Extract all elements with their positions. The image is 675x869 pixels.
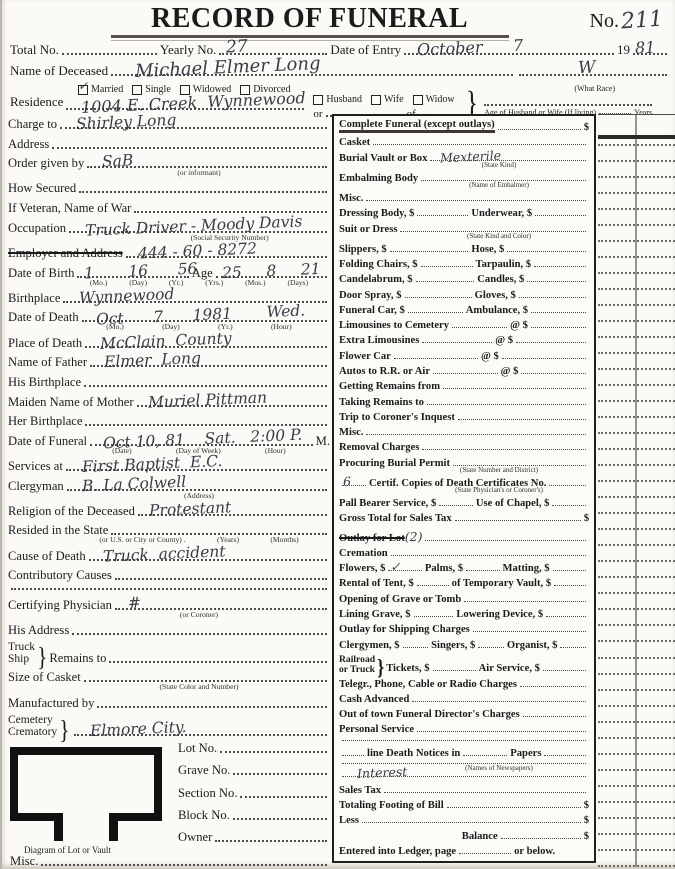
dotted-line: Oct 10, 81 Sat. 2:00 P.: [90, 444, 313, 446]
field-label: Contributory Causes: [8, 568, 112, 583]
form-row: CemeteryCrematory}Elmore City.: [8, 715, 330, 738]
field-label: Outlay for Shipping Charges: [339, 624, 470, 635]
form-row: Limousines to Cemetery@ $: [339, 320, 589, 331]
field-label: Tarpaulin, $: [476, 259, 532, 270]
field-label: or below.: [514, 846, 555, 857]
dotted-line: [507, 251, 586, 252]
sub-label: (Name of Embalmer): [469, 182, 529, 189]
dotted-line: [544, 755, 586, 756]
sub-label: (Days): [287, 279, 308, 287]
residence-field: 1004 E. Creek Wynnewood: [66, 108, 304, 110]
form-row: Outlay for Shipping Charges: [339, 624, 589, 635]
handwritten-value: Elmer Long: [104, 349, 202, 371]
dotted-line: [403, 647, 429, 648]
field-label: Resided in the State: [8, 523, 108, 538]
form-row: Railroador Truck}Tickets, $Air Service, …: [339, 655, 589, 675]
dotted-line: 25 8 21: [216, 276, 327, 278]
checkbox-box: [313, 95, 323, 105]
form-row: Telegr., Phone, Cable or Radio Charges: [339, 679, 589, 690]
lot-field-row: Owner: [178, 830, 330, 845]
dotted-line: [534, 266, 586, 267]
brace-glyph: }: [37, 647, 47, 668]
field-label: Rental of Tent, $: [339, 578, 414, 589]
dotted-line: [473, 631, 586, 632]
brace-glyph: }: [59, 719, 69, 740]
dotted-line: [433, 373, 498, 374]
form-row: Maiden Name of MotherMuriel Pittman: [8, 395, 330, 410]
field-label: Underwear, $: [471, 208, 532, 219]
field-label: Embalming Body: [339, 173, 418, 184]
handwritten-value: Muriel Pittman: [148, 388, 268, 411]
handwritten-value: Mexterile: [439, 147, 501, 165]
form-row: Door Spray, $Gloves, $: [339, 290, 589, 301]
sub-label: (or informant): [177, 169, 220, 177]
lot-field-row: Grave No.: [178, 763, 330, 778]
dotted-line: [422, 449, 586, 450]
field-label: Matting, $: [503, 563, 550, 574]
sub-label: (State Kind and Color): [467, 233, 531, 240]
field-label: Clergymen, $: [339, 640, 400, 651]
dotted-line: [362, 822, 581, 823]
dotted-line: [520, 686, 586, 687]
field-label: Block No.: [178, 808, 230, 823]
date-of-entry-label: Date of Entry: [330, 42, 401, 58]
field-label: $: [584, 831, 589, 842]
sub-label: (State Number and District): [460, 467, 538, 474]
handwritten-value: 6: [343, 474, 352, 489]
form-row: Suit or Dress(State Kind and Color): [339, 224, 589, 240]
form-row: Gross Total for Sales Tax$: [339, 513, 589, 524]
dotted-line: [412, 701, 586, 702]
field-label: $: [584, 513, 589, 524]
date-of-entry-field: October 7: [404, 53, 614, 55]
field-label: Casket: [339, 137, 370, 148]
form-row: Embalming Body(Name of Embalmer): [339, 173, 589, 189]
dotted-line: Oct 7 1981 Wed.: [82, 320, 327, 322]
field-label: Palms, $: [425, 563, 463, 574]
field-label: Less: [339, 815, 359, 826]
ledger-header: [598, 114, 675, 139]
field-label: Funeral Car, $: [339, 305, 405, 316]
dotted-line: [527, 281, 586, 282]
field-label: Misc.: [339, 193, 363, 204]
dotted-line: #: [115, 608, 327, 610]
handwritten-value: McClain County: [99, 329, 231, 353]
ledger-body: [598, 139, 675, 867]
dotted-line: 1 16 56: [77, 276, 188, 278]
name-of-deceased-label: Name of Deceased: [10, 63, 108, 79]
misc-field: [41, 864, 327, 866]
sub-label: (or Coroner): [180, 611, 218, 619]
dotted-line: [233, 773, 327, 775]
dotted-line: [464, 601, 586, 602]
dotted-line: [455, 520, 581, 521]
sub-label: (Hour): [271, 323, 292, 331]
dotted-line: [220, 751, 327, 753]
form-row: [8, 588, 330, 593]
dotted-line: [400, 231, 586, 232]
field-label: Organist, $: [507, 640, 558, 651]
form-row: Burial Vault or BoxMexterile(State Kind): [339, 153, 589, 169]
field-label: $: [584, 800, 589, 811]
form-row: Opening of Grave or Tomb: [339, 594, 589, 605]
form-row: Rental of Tent, $of Temporary Vault, $: [339, 578, 589, 589]
form-row: Dressing Body, $Underwear, $: [339, 208, 589, 219]
record-number: No. 211: [590, 8, 663, 33]
field-label: Remains to: [49, 651, 106, 666]
sub-label: (or U.S. or City or County) .: [99, 536, 185, 544]
field-label: Clergyman: [8, 479, 64, 494]
ledger-divider: [635, 115, 637, 135]
handwritten-value: Protestant: [149, 498, 232, 520]
field-label: Owner: [178, 830, 212, 845]
funeral-record-form: RECORD OF FUNERAL No. 211 Total No. Year…: [0, 0, 675, 869]
sub-label: (State Physician's or Coroner's): [455, 487, 543, 494]
dotted-line: [11, 588, 327, 590]
race-value: W: [578, 58, 596, 79]
dotted-line: ✓: [388, 570, 421, 571]
checkbox-husband: Husband: [313, 94, 362, 105]
field-label: Door Spray, $: [339, 290, 402, 301]
field-label: Flower Car: [339, 351, 391, 362]
dotted-line: [453, 465, 586, 466]
handwritten-value: 25 8 21: [222, 259, 321, 281]
lot-area: Diagram of Lot or Vault Lot No.Grave No.…: [10, 741, 330, 865]
field-label: Her Birthplace: [8, 414, 82, 429]
field-label: @ $: [501, 366, 519, 377]
dotted-line: [560, 647, 586, 648]
lot-field-row: Section No.: [178, 786, 330, 801]
form-title-block: RECORD OF FUNERAL: [2, 3, 617, 41]
form-row: Manufactured by: [8, 696, 330, 711]
sub-label: (Months): [270, 536, 298, 544]
handwritten-value: SaB: [101, 152, 133, 171]
field-label: Date of Funeral: [8, 434, 87, 449]
dotted-line: [519, 297, 586, 298]
form-row: Interest: [339, 776, 589, 780]
form-row: Sales Tax: [339, 785, 589, 796]
field-label: Balance: [462, 831, 498, 842]
charges-box: Complete Funeral (except outlays)$Casket…: [332, 114, 596, 863]
field-label: Candelabrum, $: [339, 274, 413, 285]
field-label: Manufactured by: [8, 696, 94, 711]
dotted-line: [215, 840, 327, 842]
sub-label: (Names of Newspapers): [465, 765, 533, 772]
dotted-line: [111, 533, 327, 535]
dotted-line: [463, 755, 507, 756]
dotted-line: Elmore City.: [74, 734, 327, 736]
field-label: Misc.: [339, 427, 363, 438]
field-label: Slippers, $: [339, 244, 387, 255]
field-label: If Veteran, Name of War: [8, 201, 131, 216]
field-label: Gloves, $: [475, 290, 516, 301]
form-row: Date of Birth1 16 56Age25 8 21(Mo.)(Day)…: [8, 266, 330, 287]
dotted-line: [531, 312, 586, 313]
field-label: Suit or Dress: [339, 224, 397, 235]
field-label: Lining Grave, $: [339, 609, 411, 620]
dotted-line: [390, 251, 469, 252]
form-row: Certifying Physician#(or Coroner): [8, 598, 330, 619]
form-row: How Secured: [8, 181, 330, 196]
form-row: Address: [8, 137, 330, 152]
form-row: [339, 740, 589, 744]
misc-label: Misc.: [10, 854, 38, 869]
form-row: Less$: [339, 815, 589, 826]
field-label: @ $: [481, 351, 499, 362]
field-label: Use of Chapel, $: [476, 498, 550, 509]
lot-field-row: Lot No.: [178, 741, 330, 756]
dotted-line: [458, 419, 586, 420]
dotted-line: [342, 755, 364, 756]
dotted-line: [459, 853, 511, 854]
dotted-line: [421, 266, 473, 267]
dotted-line: [502, 358, 586, 359]
checkbox-wife: Wife: [371, 94, 404, 105]
sub-label: (Hour): [265, 447, 286, 455]
sub-label: (Address): [184, 492, 214, 500]
dotted-line: [109, 661, 327, 663]
total-no-field: [62, 53, 157, 55]
handwritten-value: (2): [405, 529, 423, 544]
field-label: Dressing Body, $: [339, 208, 414, 219]
field-label: Maiden Name of Mother: [8, 395, 134, 410]
field-label: Certifying Physician: [8, 598, 112, 613]
brace-glyph: }: [377, 658, 384, 676]
field-label: $: [584, 122, 589, 133]
dotted-line: [416, 281, 475, 282]
dotted-line: Truck Driver - Moody Davis: [69, 231, 327, 233]
field-label: Extra Limousines: [339, 335, 419, 346]
field-label: Cause of Death: [8, 549, 86, 564]
checkbox-box: [371, 95, 381, 105]
dotted-line: [384, 792, 586, 793]
dotted-line: [72, 633, 327, 635]
form-row: Cause of DeathTruck accident: [8, 549, 330, 564]
field-label: Section No.: [178, 786, 237, 801]
form-row: Date of FuneralOct 10, 81 Sat. 2:00 P.M.…: [8, 434, 330, 455]
dotted-line: [484, 94, 652, 106]
dotted-line: [421, 180, 586, 181]
form-row: His Birthplace: [8, 375, 330, 390]
field-label: Cremation: [339, 548, 388, 559]
dotted-line: [366, 434, 586, 435]
field-label: Getting Remains from: [339, 381, 440, 392]
total-no-label: Total No.: [10, 42, 59, 58]
ledger-divider: [635, 139, 637, 867]
field-label: Opening of Grave or Tomb: [339, 594, 461, 605]
check-mark: ✓: [78, 79, 88, 93]
dotted-line: SaB: [87, 166, 327, 168]
field-label: Employer and Address: [8, 246, 123, 261]
form-row: Misc.: [339, 193, 589, 204]
sub-label: (Yrs.): [205, 279, 223, 287]
handwritten-value: First Baptist E.C.: [81, 452, 222, 476]
lot-field-row: Block No.: [178, 808, 330, 823]
form-row: Extra Limousines@ $: [339, 335, 589, 346]
record-number-label: No.: [590, 10, 619, 33]
field-label: Entered into Ledger, page: [339, 846, 456, 857]
form-row: OccupationTruck Driver - Moody Davis(Soc…: [8, 221, 330, 242]
dotted-line: [342, 740, 586, 741]
dotted-line: [79, 191, 327, 193]
ledger-column: [598, 114, 675, 863]
handwritten-value: Elmore City.: [89, 718, 186, 740]
field-label: Lowering Device, $: [456, 609, 543, 620]
field-label: Grave No.: [178, 763, 230, 778]
dotted-line: Truck accident: [89, 559, 327, 561]
field-label: line Death Notices in: [367, 748, 460, 759]
field-label: Gross Total for Sales Tax: [339, 513, 452, 524]
field-label: Religion of the Deceased: [8, 504, 135, 519]
form-row: Pall Bearer Service, $Use of Chapel, $: [339, 498, 589, 509]
form-row: Size of Casket(State Color and Number): [8, 670, 330, 691]
form-row: Services atFirst Baptist E.C.: [8, 459, 330, 474]
form-row: Charge toShirley Long: [8, 117, 330, 132]
dotted-line: [417, 215, 468, 216]
field-label: Complete Funeral (except outlays): [339, 119, 495, 133]
form-row: line Death Notices inPapers: [339, 748, 589, 759]
dotted-line: [408, 312, 463, 313]
misc-row: Misc.: [10, 854, 330, 869]
record-number-value: 211: [620, 7, 664, 35]
sub-label: (State Color and Number): [159, 683, 238, 691]
spouse-checkbox-group: HusbandWifeWidow: [313, 94, 463, 108]
dotted-line: [553, 570, 586, 571]
checkbox-box: [413, 95, 423, 105]
form-row: Candelabrum, $Candles, $: [339, 274, 589, 285]
dotted-line: [52, 147, 327, 149]
field-label: of Temporary Vault, $: [452, 578, 551, 589]
field-label: @ $: [510, 320, 528, 331]
field-label: Cash Advanced: [339, 694, 409, 705]
field-label: Taking Remains to: [339, 397, 424, 408]
field-label: Air Service, $: [479, 663, 540, 674]
dotted-line: Elmer Long: [90, 365, 327, 367]
field-label: Tickets, $: [386, 663, 429, 674]
form-row: Trip to Coroner's Inquest: [339, 412, 589, 423]
handwritten-value: Wynnewood: [79, 285, 175, 307]
dotted-line: [516, 342, 586, 343]
yearly-no-label: Yearly No.: [160, 42, 216, 58]
field-label: Order given by: [8, 156, 84, 171]
form-row: Clergymen, $Singers, $Organist, $: [339, 640, 589, 651]
dotted-line: [84, 680, 327, 682]
dotted-line: [417, 731, 586, 732]
date-of-entry-value: October 7: [416, 36, 523, 60]
handwritten-value: ✓: [390, 559, 401, 574]
left-fields-column: Charge toShirley LongAddressOrder given …: [8, 117, 330, 739]
handwritten-value: #: [127, 593, 141, 612]
form-row: ClergymanB. La Colwell(Address): [8, 479, 330, 500]
dotted-line: [531, 327, 586, 328]
field-label: Candles, $: [477, 274, 524, 285]
dotted-line: [498, 129, 581, 130]
field-label: Autos to R.R. or Air: [339, 366, 430, 377]
dotted-line: [443, 388, 586, 389]
field-label: Ship: [8, 654, 35, 666]
dotted-line: [478, 647, 504, 648]
dotted-line: Protestant: [138, 514, 327, 516]
field-label: Pall Bearer Service, $: [339, 498, 436, 509]
name-of-deceased-field: Michael Elmer Long: [111, 74, 513, 76]
form-row: Taking Remains to: [339, 397, 589, 408]
dotted-line: [422, 342, 492, 343]
field-label: Outlay for Lot: [339, 533, 405, 544]
form-row: Personal Service: [339, 724, 589, 735]
form-row: Getting Remains from: [339, 381, 589, 392]
field-label: Charge to: [8, 117, 57, 132]
dotted-line: [549, 485, 586, 486]
field-label: Sales Tax: [339, 785, 381, 796]
dotted-line: [543, 670, 586, 671]
form-row: Out of town Funeral Director's Charges: [339, 709, 589, 720]
dotted-line: Shirley Long: [60, 127, 327, 129]
checkbox-label: Husband: [326, 94, 362, 105]
field-label: Date of Birth: [8, 266, 74, 281]
field-label: M.: [316, 434, 330, 449]
handwritten-value: 444 - 60 - 8272: [137, 239, 257, 262]
dotted-line: [466, 570, 499, 571]
checkbox-label: Widow: [426, 94, 455, 105]
form-row: 6Certif. Copies of Death Certificates No…: [339, 478, 589, 494]
dotted-line: [405, 297, 472, 298]
form-row: Outlay for Lot(2): [339, 529, 589, 544]
dotted-line: [115, 578, 327, 580]
form-row: Name of FatherElmer Long: [8, 355, 330, 370]
field-label: Address: [8, 137, 49, 152]
dotted-line: Muriel Pittman: [137, 405, 327, 407]
lot-fields: Lot No.Grave No.Section No.Block No.Owne…: [178, 741, 330, 845]
field-label: Size of Casket: [8, 670, 81, 685]
page-title: RECORD OF FUNERAL: [151, 3, 468, 35]
stacked-label: TruckShip: [8, 642, 35, 665]
field-label: Folding Chairs, $: [339, 259, 418, 270]
field-label: Services at: [8, 459, 63, 474]
form-row: Slippers, $Hose, $: [339, 244, 589, 255]
handwritten-value: Interest: [356, 764, 407, 781]
year-prefix: 19: [617, 42, 630, 58]
dotted-line: [84, 385, 327, 387]
field-label: Burial Vault or Box: [339, 153, 427, 164]
dotted-line: [554, 585, 586, 586]
dotted-line: Mexterile: [430, 160, 586, 161]
field-label: Removal Charges: [339, 442, 419, 453]
form-row: Date of DeathOct 7 1981 Wed.(Mo.)(Day)(Y…: [8, 310, 330, 331]
field-label: Totaling Footing of Bill: [339, 800, 444, 811]
dotted-line: [425, 540, 586, 541]
field-label: Out of town Funeral Director's Charges: [339, 709, 520, 720]
dotted-line: [552, 505, 586, 506]
handwritten-value: Truck accident: [103, 542, 226, 565]
field-label: or Truck: [339, 665, 375, 675]
dotted-line: [97, 706, 327, 708]
name-row: Name of Deceased Michael Elmer Long W: [10, 63, 670, 79]
field-label: Birthplace: [8, 291, 60, 306]
dotted-line: [433, 670, 476, 671]
form-row: Cremation: [339, 548, 589, 559]
form-row: Resided in the State(or U.S. or City or …: [8, 523, 330, 544]
form-row: Order given bySaB(or informant): [8, 156, 330, 177]
dotted-line: [233, 818, 327, 820]
form-row: Flowers, $✓Palms, $Matting, $: [339, 563, 589, 574]
form-row: Employer and Address444 - 60 - 8272: [8, 246, 330, 261]
residence-label: Residence: [10, 94, 63, 110]
field-label: Crematory: [8, 727, 57, 739]
dotted-line: [501, 838, 581, 839]
dotted-line: [394, 358, 478, 359]
form-row: Contributory Causes: [8, 568, 330, 583]
form-row: Place of DeathMcClain County: [8, 336, 330, 351]
